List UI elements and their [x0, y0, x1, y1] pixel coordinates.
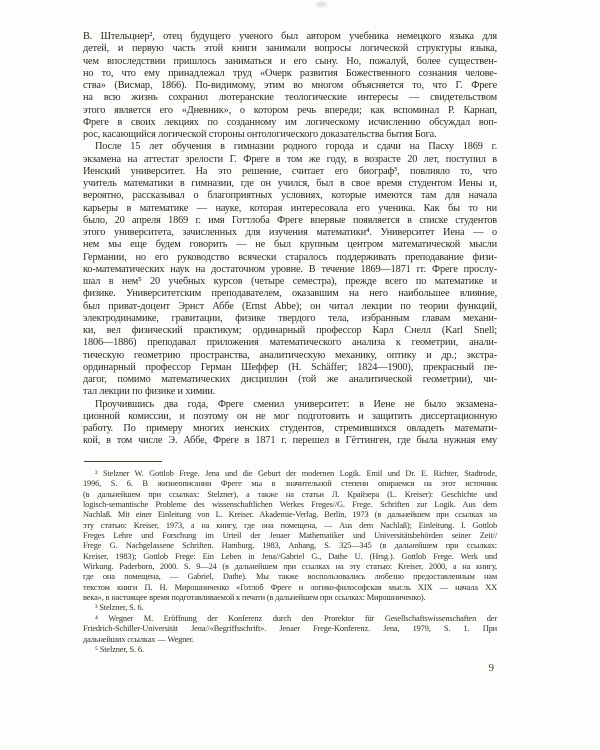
footnote-line: Wirkung. Paderborn, 2000. S. 9—24 (в дал… — [83, 562, 497, 572]
footnote-line: где она помещена, — Gabriel, Dathe). Мы … — [83, 572, 497, 582]
footnote-line: 1996, S. 6. В жизнеописании Фреге мы в з… — [83, 479, 497, 489]
text-line: ординарный профессор Герман Шеффер (H. S… — [83, 362, 497, 374]
footnote-line: ⁵ Stelzner, S. 6. — [83, 645, 497, 655]
text-line: был приват-доцент Эрнст Аббе (Ernst Abbe… — [83, 301, 497, 313]
text-line: было, 20 апреля 1869 г. имя Готтлоба Фре… — [83, 215, 497, 227]
footnote-line: logisch-semantische Probleme des wissens… — [83, 500, 497, 510]
footnote-line: ² Stelzner W. Gottlob Frege. Jena und di… — [83, 469, 497, 479]
footnote-line: эту статью: Kreiser, 1973, а на книгу, г… — [83, 521, 497, 531]
footnote-line: ⁴ Wegner M. Eröffnung der Konferenz durc… — [83, 614, 497, 624]
text-line: В. Штельцнер², отец будущего ученого был… — [83, 31, 497, 43]
text-line: детей, и первую часть этой книги занимал… — [83, 43, 497, 55]
text-line: ко-математических наук на достаточном ур… — [83, 264, 497, 276]
text-line: вероятно, рассказывал о благоприятных ус… — [83, 190, 497, 202]
footnote-line: Friedrich-Schiller-Universität Jena//«Be… — [83, 624, 497, 634]
text-line: ционной комиссии, и поэтому он не мог по… — [83, 411, 497, 423]
paragraph: ² Stelzner W. Gottlob Frege. Jena und di… — [83, 469, 497, 603]
text-line: Проучившись два года, Фреге сменил униве… — [83, 399, 497, 411]
text-line: Германии, но его руководство всячески ст… — [83, 252, 497, 264]
text-line: кой, в том числе Э. Аббе, Фреге в 1871 г… — [83, 435, 497, 447]
text-line: на всю жизнь сохранил лютеранские теолог… — [83, 92, 497, 104]
paragraph: ⁵ Stelzner, S. 6. — [83, 645, 497, 655]
text-line: нем мы еще будем говорить — не был крупн… — [83, 239, 497, 251]
text-line: работу. По примеру многих иенских студен… — [83, 423, 497, 435]
text-line: Иенский университет. На это решение, счи… — [83, 166, 497, 178]
paragraph: ³ Stelzner, S. 6. — [83, 603, 497, 613]
text-line: рос, касающийся логической стороны онтол… — [83, 129, 497, 141]
footnote-line: (в дальнейшем при ссылках: Stelzner), а … — [83, 490, 497, 500]
text-line: карьеры в математике — науке, которая ин… — [83, 203, 497, 215]
paragraph: После 15 лет обучения в гимназии родного… — [83, 141, 497, 398]
text-line: но то, что ему принадлежал труд «Очерк р… — [83, 68, 497, 80]
footnotes: ² Stelzner W. Gottlob Frege. Jena und di… — [83, 469, 497, 655]
text-line: После 15 лет обучения в гимназии родного… — [83, 141, 497, 153]
page-number: 9 — [83, 662, 494, 674]
text-line: этого является его «Дневник», о котором … — [83, 105, 497, 117]
main-text: В. Штельцнер², отец будущего ученого был… — [83, 31, 497, 448]
text-line: физике. Университетским преподавателем, … — [83, 288, 497, 300]
text-line: тическую геометрию пространства, аналити… — [83, 350, 497, 362]
text-line: этого университета, зачисленных для изуч… — [83, 227, 497, 239]
paragraph: Проучившись два года, Фреге сменил униве… — [83, 399, 497, 448]
text-line: ки, вел физический практикум; ординарный… — [83, 325, 497, 337]
text-line: Фреге в своих лекциях по созданному им л… — [83, 117, 497, 129]
footnote-line: Frege G. Nachgelassene Schriften. Hambur… — [83, 541, 497, 551]
text-line: дагог, помимо математических дисциплин (… — [83, 374, 497, 386]
text-line: 1806—1886) преподавал приложения математ… — [83, 337, 497, 349]
paragraph: В. Штельцнер², отец будущего ученого был… — [83, 31, 497, 141]
footnote-separator — [84, 461, 162, 462]
book-page: В. Штельцнер², отец будущего ученого был… — [0, 0, 600, 750]
footnote-line: ³ Stelzner, S. 6. — [83, 603, 497, 613]
text-line: тал лекции по физике и химии. — [83, 386, 497, 398]
footnote-line: текстом книги П. Н. Мирошниченко «Готлоб… — [83, 583, 497, 593]
text-line: электродинамике, гравитации, физике твер… — [83, 313, 497, 325]
text-line: экзамена на аттестат зрелости Г. Фреге в… — [83, 154, 497, 166]
footnote-line: дальнейших ссылках — Wegner. — [83, 635, 497, 645]
text-line: учитель математики в гимназии, где он уч… — [83, 178, 497, 190]
footnote-line: Freges Lehre und Forschung im Urteil der… — [83, 531, 497, 541]
footnote-line: века», в настоящее время подготавливаемо… — [83, 593, 497, 603]
text-line: ства» (Висмар, 1866). По-видимому, этим … — [83, 80, 497, 92]
footnote-line: Kreiser, 1983); Gottlob Frege: Ein Leben… — [83, 552, 497, 562]
paragraph: ⁴ Wegner M. Eröffnung der Konferenz durc… — [83, 614, 497, 645]
text-line: чем впоследствии пришлось заниматься и е… — [83, 56, 497, 68]
text-line: шал в нем⁵ 20 учебных курсов (четыре сем… — [83, 276, 497, 288]
footnote-line: Nachlaß. Mit einer Einleitung von L. Kre… — [83, 510, 497, 520]
scan-artifact — [316, 2, 327, 7]
